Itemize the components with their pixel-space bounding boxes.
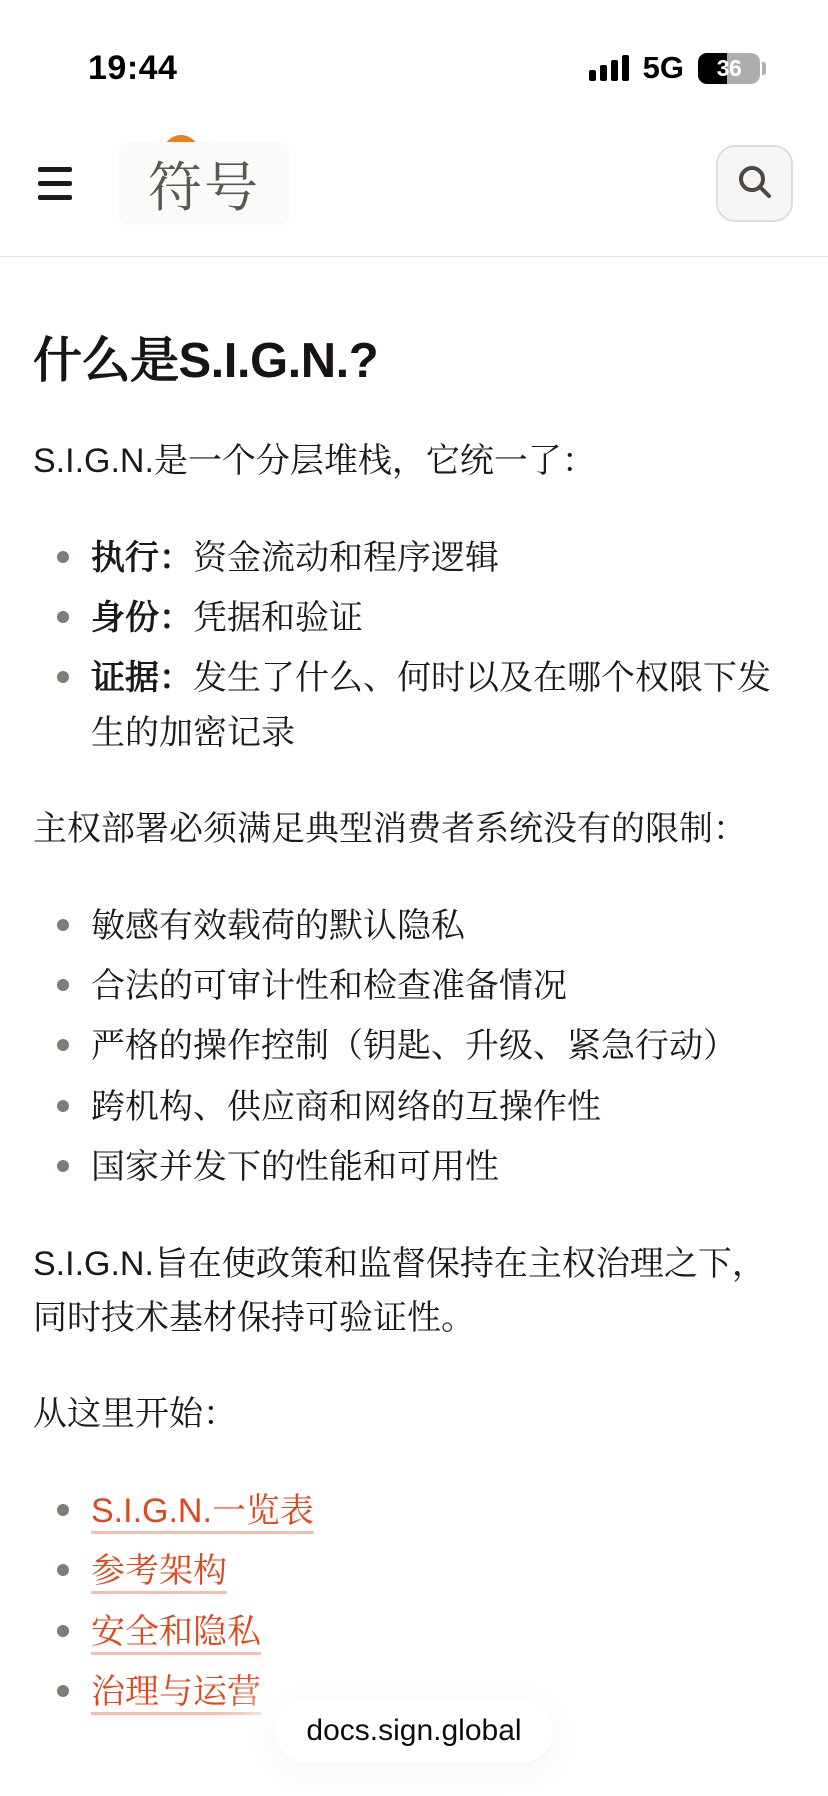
link-reference-architecture[interactable]: 参考架构: [91, 1552, 227, 1590]
url-domain-text: docs.sign.global: [306, 1714, 521, 1748]
start-links-list: S.I.G.N.一览表 参考架构 安全和隐私 治理与运营: [33, 1484, 792, 1720]
term-label: 身份：: [91, 599, 193, 637]
list-item: 严格的操作控制（钥匙、升级、紧急行动）: [57, 1019, 792, 1073]
link-security-privacy[interactable]: 安全和隐私: [91, 1613, 261, 1651]
summary-paragraph: S.I.G.N.旨在使政策和监督保持在主权治理之下，同时技术基材保持可验证性。: [33, 1237, 792, 1346]
term-desc: 发生了什么、何时以及在哪个权限下发生的加密记录: [91, 659, 771, 751]
intro-paragraph: S.I.G.N.是一个分层堆栈，它统一了：: [33, 434, 792, 488]
list-item: 身份：凭据和验证: [57, 591, 792, 645]
start-here-label: 从这里开始：: [33, 1387, 792, 1441]
list-item: 敏感有效载荷的默认隐私: [57, 899, 792, 953]
site-header: 符号: [0, 110, 828, 257]
stack-list: 执行：资金流动和程序逻辑 身份：凭据和验证 证据：发生了什么、何时以及在哪个权限…: [33, 531, 792, 761]
term-label: 执行：: [91, 539, 193, 577]
status-indicators: 5G 36: [589, 50, 766, 86]
battery-icon: 36: [698, 53, 766, 84]
list-item: 执行：资金流动和程序逻辑: [57, 531, 792, 585]
magnifier-icon: [735, 163, 775, 203]
link-governance-operations[interactable]: 治理与运营: [91, 1673, 261, 1711]
page-title: 什么是S.I.G.N.?: [33, 331, 792, 392]
link-sign-overview[interactable]: S.I.G.N.一览表: [91, 1492, 314, 1530]
hamburger-menu-button[interactable]: [38, 161, 78, 205]
list-item: 证据：发生了什么、何时以及在哪个权限下发生的加密记录: [57, 651, 792, 760]
constraints-intro-paragraph: 主权部署必须满足典型消费者系统没有的限制：: [33, 802, 792, 856]
constraints-list: 敏感有效载荷的默认隐私 合法的可审计性和检查准备情况 严格的操作控制（钥匙、升级…: [33, 899, 792, 1195]
article-content: 什么是S.I.G.N.? S.I.G.N.是一个分层堆栈，它统一了： 执行：资金…: [0, 257, 828, 1755]
battery-percent: 36: [717, 55, 742, 82]
site-logo[interactable]: 符号: [119, 142, 289, 225]
term-desc: 资金流动和程序逻辑: [193, 539, 499, 577]
list-item: 参考架构: [57, 1544, 792, 1598]
list-item: 国家并发下的性能和可用性: [57, 1140, 792, 1194]
battery-cap: [762, 62, 766, 75]
list-item: 跨机构、供应商和网络的互操作性: [57, 1080, 792, 1134]
network-type-label: 5G: [643, 50, 684, 86]
status-time: 19:44: [88, 49, 177, 88]
status-bar: 19:44 5G 36: [0, 0, 828, 110]
term-label: 证据：: [91, 659, 193, 697]
logo-text: 符号: [119, 142, 289, 225]
search-button[interactable]: [716, 145, 793, 222]
list-item: 安全和隐私: [57, 1605, 792, 1659]
safari-url-pill[interactable]: docs.sign.global: [275, 1698, 553, 1763]
cellular-signal-icon: [589, 55, 629, 81]
hamburger-icon: [38, 167, 72, 172]
term-desc: 凭据和验证: [193, 599, 363, 637]
list-item: 合法的可审计性和检查准备情况: [57, 959, 792, 1013]
list-item: S.I.G.N.一览表: [57, 1484, 792, 1538]
